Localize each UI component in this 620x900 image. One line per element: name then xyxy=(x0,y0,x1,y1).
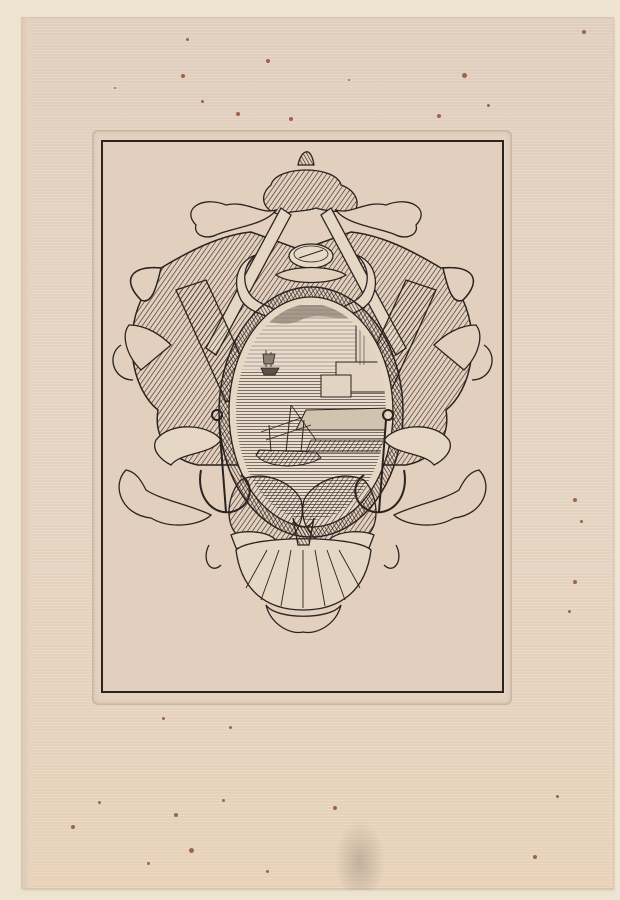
shell-crest-icon xyxy=(191,152,421,237)
water-stain xyxy=(335,820,385,890)
paper-deckle-edge xyxy=(22,18,30,888)
engraving-illustration xyxy=(101,140,504,693)
